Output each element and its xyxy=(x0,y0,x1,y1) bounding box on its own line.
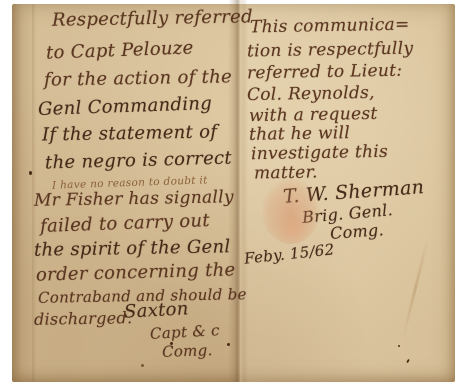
signature-sherman-command: Comg. xyxy=(329,220,384,243)
manuscript-line: This communica= xyxy=(250,15,410,38)
signature-left-rank: Capt & c xyxy=(150,321,221,343)
manuscript-line: Mr Fisher has signally xyxy=(34,187,234,210)
paper-speck xyxy=(398,345,400,347)
paper-speck xyxy=(227,343,230,346)
paper-speck xyxy=(170,342,173,345)
paper-speck xyxy=(141,364,144,367)
manuscript-line: that he will xyxy=(249,123,350,145)
manuscript-line: discharged. xyxy=(34,308,133,329)
signature-left: Saxton xyxy=(123,298,189,322)
paper-speck xyxy=(29,171,32,175)
manuscript-line: for the action of the xyxy=(44,66,232,90)
manuscript-line: Col. Reynolds, xyxy=(247,83,375,105)
paper-stain-small xyxy=(276,214,310,244)
manuscript-line: referred to Lieut: xyxy=(247,61,403,84)
manuscript-line: If the statement of xyxy=(42,121,218,145)
manuscript-photo: Respectfully referred to Capt Pelouze fo… xyxy=(0,0,468,382)
manuscript-line: tion is respectfully xyxy=(247,39,414,62)
manuscript-line: the spirit of the Genl xyxy=(34,236,231,260)
manuscript-line: Respectfully referred xyxy=(52,6,253,31)
manuscript-line: investigate this xyxy=(251,142,388,164)
